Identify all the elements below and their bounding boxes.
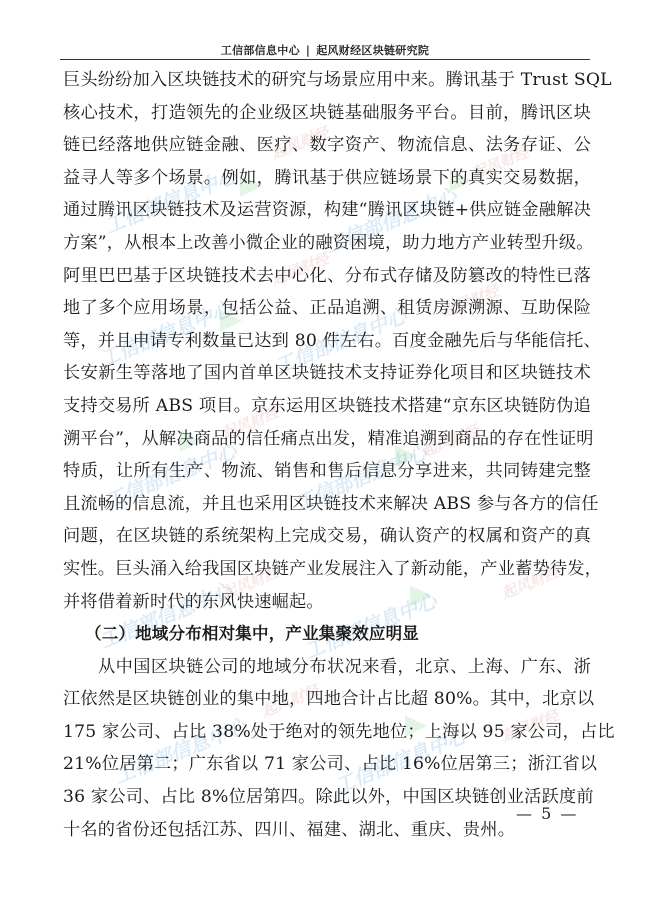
header-org-right: 起风财经区块链研究院 bbox=[316, 44, 429, 57]
text-line: 通过腾讯区块链技术及运营资源，构建“腾讯区块链+供应链金融解决 bbox=[63, 194, 591, 227]
paragraph-regional-distribution: 从中国区块链公司的地域分布状况来看，北京、上海、广东、浙 江依然是区块链创业的集… bbox=[63, 651, 591, 847]
paragraph-giants: 巨头纷纷加入区块链技术的研究与场景应用中来。腾讯基于 Trust SQL 核心技… bbox=[63, 64, 591, 618]
text-line: 问题，在区块链的系统架构上完成交易，确认资产的权属和资产的真 bbox=[63, 520, 591, 553]
text-line: 地了多个应用场景，包括公益、正品追溯、租赁房源溯源、互助保险 bbox=[63, 292, 591, 325]
text-line: 实性。巨头涌入给我国区块链产业发展注入了新动能，产业蓄势待发， bbox=[63, 553, 591, 586]
text-line: 益寻人等多个场景。例如，腾讯基于供应链场景下的真实交易数据， bbox=[63, 162, 591, 195]
text-line: 从中国区块链公司的地域分布状况来看，北京、上海、广东、浙 bbox=[63, 651, 591, 684]
text-line: 江依然是区块链创业的集中地，四地合计占比超 80%。其中，北京以 bbox=[63, 683, 591, 716]
text-line: 特质，让所有生产、物流、销售和售后信息分享进来，共同铸建完整 bbox=[63, 455, 591, 488]
text-line: 方案”，从根本上改善小微企业的融资困境，助力地方产业转型升级。 bbox=[63, 227, 591, 260]
text-line: 溯平台”，从解决商品的信任痛点出发，精准追溯到商品的存在性证明 bbox=[63, 423, 591, 456]
text-line: 36 家公司、占比 8%位居第四。除此以外，中国区块链创业活跃度前 bbox=[63, 781, 591, 814]
page-number: — 5 — bbox=[516, 804, 578, 823]
text-line: 等，并且申请专利数量已达到 80 件左右。百度金融先后与华能信托、 bbox=[63, 325, 591, 358]
document-body: 巨头纷纷加入区块链技术的研究与场景应用中来。腾讯基于 Trust SQL 核心技… bbox=[63, 64, 591, 846]
running-header: 工信部信息中心|起风财经区块链研究院 bbox=[60, 42, 590, 58]
header-rule bbox=[60, 59, 590, 60]
section-heading: （二）地域分布相对集中，产业集聚效应明显 bbox=[63, 618, 591, 651]
text-line: 长安新生等落地了国内首单区块链技术支持证券化项目和区块链技术 bbox=[63, 357, 591, 390]
text-line: 支持交易所 ABS 项目。京东运用区块链技术搭建“京东区块链防伪追 bbox=[63, 390, 591, 423]
text-line: 并将借着新时代的东风快速崛起。 bbox=[63, 586, 591, 619]
text-line: 阿里巴巴基于区块链技术去中心化、分布式存储及防篡改的特性已落 bbox=[63, 260, 591, 293]
header-separator: | bbox=[306, 44, 310, 57]
text-line: 175 家公司、占比 38%处于绝对的领先地位；上海以 95 家公司，占比 bbox=[63, 716, 591, 749]
header-org-left: 工信部信息中心 bbox=[221, 44, 300, 57]
text-line: 巨头纷纷加入区块链技术的研究与场景应用中来。腾讯基于 Trust SQL bbox=[63, 64, 591, 97]
text-line: 21%位居第二；广东省以 71 家公司、占比 16%位居第三；浙江省以 bbox=[63, 748, 591, 781]
text-line: 十名的省份还包括江苏、四川、福建、湖北、重庆、贵州。 bbox=[63, 814, 591, 847]
text-line: 核心技术，打造领先的企业级区块链基础服务平台。目前，腾讯区块 bbox=[63, 97, 591, 130]
text-line: 且流畅的信息流，并且也采用区块链技术来解决 ABS 参与各方的信任 bbox=[63, 488, 591, 521]
text-line: 链已经落地供应链金融、医疗、数字资产、物流信息、法务存证、公 bbox=[63, 129, 591, 162]
